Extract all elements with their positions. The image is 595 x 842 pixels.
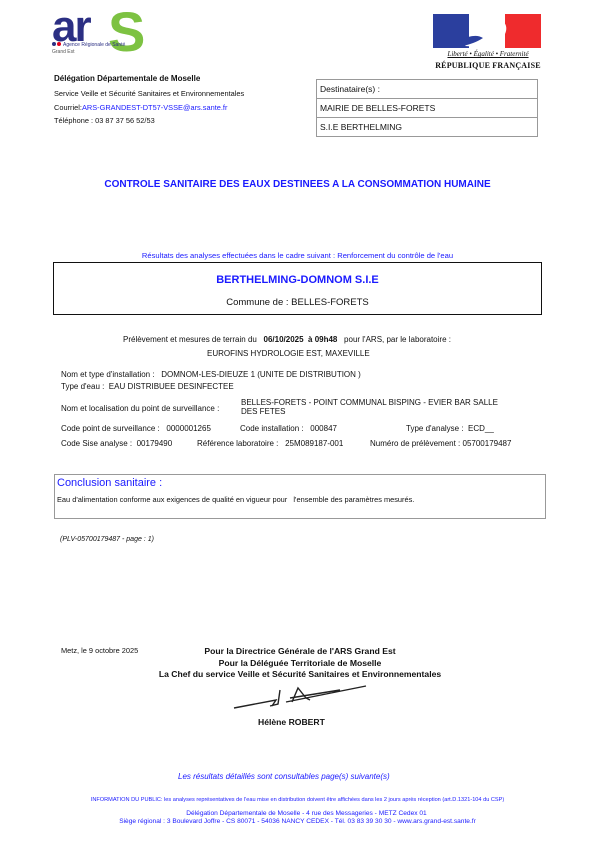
recipients-label: Destinataire(s) : xyxy=(317,80,537,99)
recipient-item: S.I.E BERTHELMING xyxy=(317,118,537,136)
sise-value: 00179490 xyxy=(137,439,173,448)
sample-no-value: 05700179487 xyxy=(463,439,512,448)
signature-line-3: La Chef du service Veille et Sécurité Sa… xyxy=(5,669,595,681)
site-name: BERTHELMING-DOMNOM S.I.E xyxy=(54,274,541,286)
republique-francaise-logo: Liberté • Égalité • Fraternité RÉPUBLIQU… xyxy=(433,14,543,72)
conclusion-box: Conclusion sanitaire : Eau d'alimentatio… xyxy=(54,474,546,519)
conclusion-text: Eau d'alimentation conforme aux exigence… xyxy=(57,495,414,504)
signature-block: Pour la Directrice Générale de l'ARS Gra… xyxy=(0,646,595,681)
signer-name: Hélène ROBERT xyxy=(258,717,325,727)
analysis-type-line: Type d'analyse : ECD__ xyxy=(406,424,494,433)
email-link[interactable]: ARS-GRANDEST-DT57-VSSE@ars.sante.fr xyxy=(82,103,228,112)
marianne-profile-icon xyxy=(455,16,517,48)
ars-logo-subtitle: Agence Régionale de Santé xyxy=(63,42,125,48)
code-point-value: 0000001265 xyxy=(166,424,211,433)
handwritten-signature-icon xyxy=(230,684,370,714)
water-type-line: Type d'eau : EAU DISTRIBUEE DESINFECTEE xyxy=(61,382,234,391)
republic-motto: Liberté • Égalité • Fraternité xyxy=(433,50,543,58)
sample-no-line: Numéro de prélèvement : 05700179487 xyxy=(370,439,511,448)
lab-ref-value: 25M089187-001 xyxy=(285,439,343,448)
ars-logo: ar S Agence Régionale de Santé Grand Est xyxy=(52,8,152,66)
point-label: Nom et localisation du point de surveill… xyxy=(61,404,219,413)
point-value: BELLES-FORETS - POINT COMMUNAL BISPING -… xyxy=(241,398,498,416)
document-title: CONTROLE SANITAIRE DES EAUX DESTINEES A … xyxy=(0,179,595,190)
footer-public-info: INFORMATION DU PUBLIC: les analyses repr… xyxy=(0,797,595,803)
sender-phone: Téléphone : 03 87 37 56 52/53 xyxy=(54,116,155,125)
sampling-time: à 09h48 xyxy=(308,335,337,344)
water-type-value: EAU DISTRIBUEE DESINFECTEE xyxy=(109,382,234,391)
laboratory-name: EUROFINS HYDROLOGIE EST, MAXEVILLE xyxy=(207,349,370,358)
footer-address-2: Siège régional : 3 Boulevard Joffre - CS… xyxy=(0,818,595,825)
code-install-line: Code installation : 000847 xyxy=(240,424,337,433)
footer-address-1: Délégation Départementale de Moselle - 4… xyxy=(0,810,595,817)
code-install-value: 000847 xyxy=(310,424,337,433)
analysis-context: Résultats des analyses effectuées dans l… xyxy=(0,251,595,260)
signature-line-2: Pour la Déléguée Territoriale de Moselle xyxy=(5,658,595,670)
sampling-date: 06/10/2025 xyxy=(264,335,304,344)
site-commune: Commune de : BELLES-FORETS xyxy=(54,297,541,308)
site-box: BERTHELMING-DOMNOM S.I.E Commune de : BE… xyxy=(53,262,542,315)
recipients-box: Destinataire(s) : MAIRIE DE BELLES-FORET… xyxy=(316,79,538,137)
recipient-item: MAIRIE DE BELLES-FORETS xyxy=(317,99,537,118)
sise-line: Code Sise analyse : 00179490 xyxy=(61,439,172,448)
sender-delegation: Délégation Départementale de Moselle xyxy=(54,74,200,83)
lab-ref-line: Référence laboratoire : 25M089187-001 xyxy=(197,439,343,448)
code-point-line: Code point de surveillance : 0000001265 xyxy=(61,424,211,433)
ars-logo-s: S xyxy=(108,0,145,64)
sampling-prefix: Prélèvement et mesures de terrain du xyxy=(123,335,257,344)
page-reference: (PLV-05700179487 - page : 1) xyxy=(60,536,154,543)
sampling-line: Prélèvement et mesures de terrain du 06/… xyxy=(123,335,451,344)
conclusion-title: Conclusion sanitaire : xyxy=(57,477,162,489)
sampling-suffix: pour l'ARS, par le laboratoire : xyxy=(344,335,451,344)
email-label: Courriel: xyxy=(54,103,82,112)
ars-logo-region: Grand Est xyxy=(52,49,75,55)
republic-name: RÉPUBLIQUE FRANÇAISE xyxy=(433,61,543,70)
sender-email-line: Courriel:ARS-GRANDEST-DT57-VSSE@ars.sant… xyxy=(54,103,227,112)
installation-value: DOMNOM-LES-DIEUZE 1 (UNITE DE DISTRIBUTI… xyxy=(161,370,361,379)
installation-line: Nom et type d'installation : DOMNOM-LES-… xyxy=(61,370,361,379)
signature-line-1: Pour la Directrice Générale de l'ARS Gra… xyxy=(5,646,595,658)
next-pages-note: Les résultats détaillés sont consultable… xyxy=(178,772,390,781)
analysis-type-value: ECD__ xyxy=(468,424,494,433)
sender-service: Service Veille et Sécurité Sanitaires et… xyxy=(54,89,244,98)
